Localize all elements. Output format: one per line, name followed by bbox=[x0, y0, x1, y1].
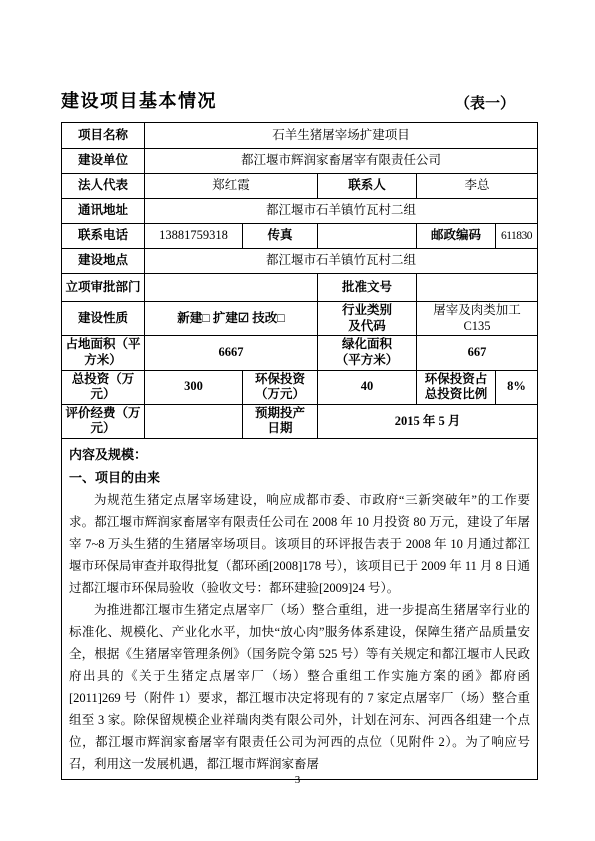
content-paragraph-2: 为推进都江堰市生猪定点屠宰厂（场）整合重组，进一步提高生猪屠宰行业的标准化、规模… bbox=[69, 599, 530, 775]
phone-label: 联系电话 bbox=[62, 224, 145, 249]
land-area-label: 占地面积（平 方米） bbox=[62, 336, 145, 370]
legal-rep-value: 郑红霞 bbox=[145, 174, 318, 199]
green-area-label: 绿化面积 （平方米） bbox=[318, 336, 417, 370]
row-approval: 立项审批部门 批准文号 bbox=[62, 274, 538, 302]
row-area: 占地面积（平 方米） 6667 绿化面积 （平方米） 667 bbox=[62, 336, 538, 370]
env-investment-label: 环保投资 （万元） bbox=[243, 370, 318, 404]
row-project-name: 项目名称 石羊生猪屠宰场扩建项目 bbox=[62, 123, 538, 149]
document-page: 建设项目基本情况 （表一） 项目名称 石羊生猪屠宰场扩建项目 建设单位 都江堰市… bbox=[0, 0, 595, 841]
production-date-label: 预期投产 日期 bbox=[243, 404, 318, 438]
production-date-value: 2015 年 5 月 bbox=[318, 404, 538, 438]
build-unit-label: 建设单位 bbox=[62, 149, 145, 174]
content-paragraph-1: 为规范生猪定点屠宰场建设，响应成都市委、市政府“三新突破年”的工作要求。都江堰市… bbox=[69, 489, 530, 599]
content-section: 内容及规模： 一、项目的由来 为规范生猪定点屠宰场建设，响应成都市委、市政府“三… bbox=[62, 439, 538, 780]
env-investment-value: 40 bbox=[318, 370, 417, 404]
content-section-title: 一、项目的由来 bbox=[69, 466, 530, 489]
approval-doc-no-value bbox=[417, 274, 538, 302]
postcode-value: 611830 bbox=[496, 224, 538, 249]
land-area-value: 6667 bbox=[145, 336, 318, 370]
build-site-value: 都江堰市石羊镇竹瓦村二组 bbox=[145, 249, 538, 274]
row-build-site: 建设地点 都江堰市石羊镇竹瓦村二组 bbox=[62, 249, 538, 274]
mail-address-label: 通讯地址 bbox=[62, 199, 145, 224]
mail-address-value: 都江堰市石羊镇竹瓦村二组 bbox=[145, 199, 538, 224]
build-site-label: 建设地点 bbox=[62, 249, 145, 274]
form-sheet-tag: （表一） bbox=[455, 92, 515, 113]
fax-label: 传真 bbox=[243, 224, 318, 249]
legal-rep-label: 法人代表 bbox=[62, 174, 145, 199]
env-ratio-value: 8% bbox=[496, 370, 538, 404]
eval-fee-label: 评价经费（万 元） bbox=[62, 404, 145, 438]
total-investment-value: 300 bbox=[145, 370, 243, 404]
project-name-label: 项目名称 bbox=[62, 123, 145, 149]
project-name-value: 石羊生猪屠宰场扩建项目 bbox=[145, 123, 538, 149]
phone-value: 13881759318 bbox=[145, 224, 243, 249]
total-investment-label: 总投资（万元） bbox=[62, 370, 145, 404]
contact-label: 联系人 bbox=[318, 174, 417, 199]
row-investment: 总投资（万元） 300 环保投资 （万元） 40 环保投资占 总投资比例 8% bbox=[62, 370, 538, 404]
row-content: 内容及规模： 一、项目的由来 为规范生猪定点屠宰场建设，响应成都市委、市政府“三… bbox=[62, 439, 538, 780]
project-info-table: 项目名称 石羊生猪屠宰场扩建项目 建设单位 都江堰市辉润家畜屠宰有限责任公司 法… bbox=[61, 122, 538, 780]
content-heading: 内容及规模： bbox=[69, 443, 530, 466]
build-unit-value: 都江堰市辉润家畜屠宰有限责任公司 bbox=[145, 149, 538, 174]
row-build-unit: 建设单位 都江堰市辉润家畜屠宰有限责任公司 bbox=[62, 149, 538, 174]
approval-dept-value bbox=[145, 274, 318, 302]
page-number: 3 bbox=[0, 774, 595, 786]
row-build-nature: 建设性质 新建□ 扩建☑ 技改□ 行业类别 及代码 屠宰及肉类加工 C135 bbox=[62, 302, 538, 336]
row-mail-address: 通讯地址 都江堰市石羊镇竹瓦村二组 bbox=[62, 199, 538, 224]
eval-fee-value bbox=[145, 404, 243, 438]
row-eval-fee: 评价经费（万 元） 预期投产 日期 2015 年 5 月 bbox=[62, 404, 538, 438]
green-area-value: 667 bbox=[417, 336, 538, 370]
contact-value: 李总 bbox=[417, 174, 538, 199]
build-nature-label: 建设性质 bbox=[62, 302, 145, 336]
form-sheet: 建设项目基本情况 （表一） 项目名称 石羊生猪屠宰场扩建项目 建设单位 都江堰市… bbox=[61, 91, 537, 780]
postcode-label: 邮政编码 bbox=[417, 224, 496, 249]
page-title: 建设项目基本情况 bbox=[61, 87, 217, 113]
industry-value: 屠宰及肉类加工 C135 bbox=[417, 302, 538, 336]
row-phone: 联系电话 13881759318 传真 邮政编码 611830 bbox=[62, 224, 538, 249]
approval-dept-label: 立项审批部门 bbox=[62, 274, 145, 302]
fax-value bbox=[318, 224, 417, 249]
build-nature-checkbox-group: 新建□ 扩建☑ 技改□ bbox=[145, 302, 318, 336]
industry-label: 行业类别 及代码 bbox=[318, 302, 417, 336]
approval-doc-no-label: 批准文号 bbox=[318, 274, 417, 302]
row-legal-rep: 法人代表 郑红霞 联系人 李总 bbox=[62, 174, 538, 199]
document-header: 建设项目基本情况 （表一） bbox=[61, 91, 537, 113]
env-ratio-label: 环保投资占 总投资比例 bbox=[417, 370, 496, 404]
